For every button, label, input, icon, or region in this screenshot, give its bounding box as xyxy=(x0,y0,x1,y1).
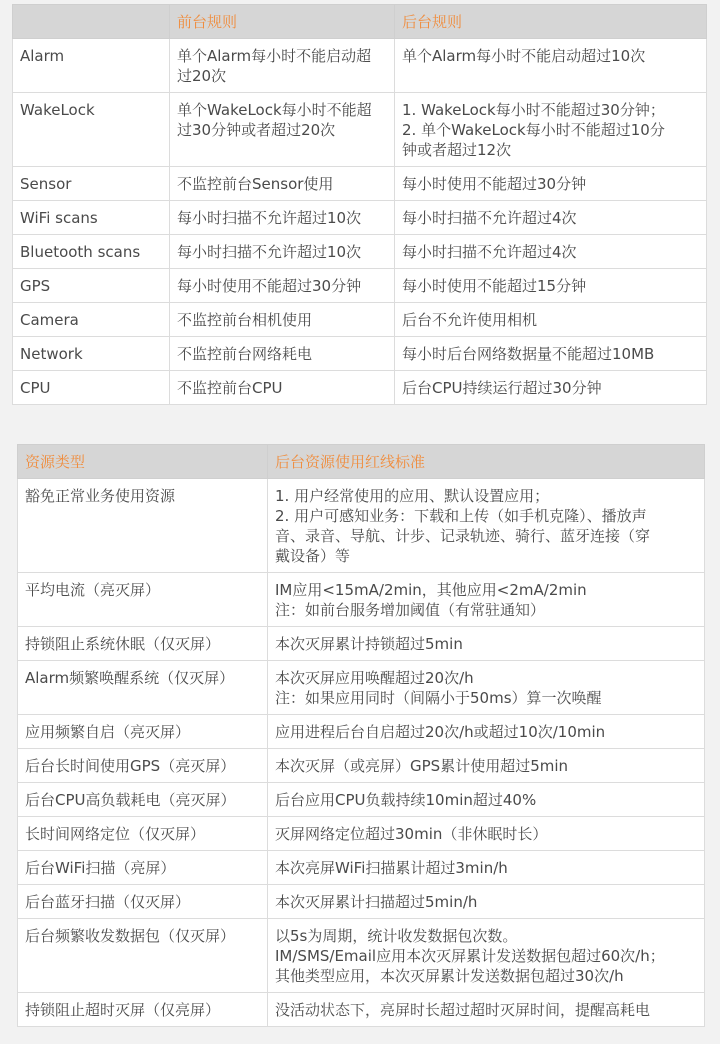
resource-type-cell: 后台长时间使用GPS（亮灭屏） xyxy=(18,749,268,783)
table-row: 豁免正常业务使用资源 1. 用户经常使用的应用、默认设置应用； 2. 用户可感知… xyxy=(18,479,705,573)
table-row: Camera 不监控前台相机使用 后台不允许使用相机 xyxy=(13,303,707,337)
resource-cell: Camera xyxy=(13,303,170,337)
table-row: Sensor 不监控前台Sensor使用 每小时使用不能超过30分钟 xyxy=(13,167,707,201)
background-rule-cell: 每小时后台网络数据量不能超过10MB xyxy=(395,337,707,371)
table-row: 应用频繁自启（亮灭屏） 应用进程后台自启超过20次/h或超过10次/10min xyxy=(18,715,705,749)
table-row: Alarm 单个Alarm每小时不能启动超 过20次 单个Alarm每小时不能启… xyxy=(13,39,707,93)
standard-cell: 1. 用户经常使用的应用、默认设置应用； 2. 用户可感知业务：下载和上传（如手… xyxy=(268,479,705,573)
table-row: 平均电流（亮灭屏） IM应用<15mA/2min，其他应用<2mA/2min 注… xyxy=(18,573,705,627)
table-row: WakeLock 单个WakeLock每小时不能超 过30分钟或者超过20次 1… xyxy=(13,93,707,167)
standard-cell: 本次灭屏（或亮屏）GPS累计使用超过5min xyxy=(268,749,705,783)
background-rule-cell: 单个Alarm每小时不能启动超过10次 xyxy=(395,39,707,93)
background-rule-cell: 每小时扫描不允许超过4次 xyxy=(395,235,707,269)
table-row: Bluetooth scans 每小时扫描不允许超过10次 每小时扫描不允许超过… xyxy=(13,235,707,269)
table-row: CPU 不监控前台CPU 后台CPU持续运行超过30分钟 xyxy=(13,371,707,405)
resource-type-cell: 豁免正常业务使用资源 xyxy=(18,479,268,573)
standard-cell: 灭屏网络定位超过30min（非休眠时长） xyxy=(268,817,705,851)
table-row: GPS 每小时使用不能超过30分钟 每小时使用不能超过15分钟 xyxy=(13,269,707,303)
table-row: 后台蓝牙扫描（仅灭屏） 本次灭屏累计扫描超过5min/h xyxy=(18,885,705,919)
table-row: 后台长时间使用GPS（亮灭屏） 本次灭屏（或亮屏）GPS累计使用超过5min xyxy=(18,749,705,783)
foreground-rule-cell: 每小时使用不能超过30分钟 xyxy=(170,269,395,303)
resource-type-cell: 平均电流（亮灭屏） xyxy=(18,573,268,627)
background-rule-cell: 每小时使用不能超过15分钟 xyxy=(395,269,707,303)
table-header-row: 资源类型 后台资源使用红线标准 xyxy=(18,445,705,479)
standard-cell: 后台应用CPU负载持续10min超过40% xyxy=(268,783,705,817)
foreground-rule-cell: 每小时扫描不允许超过10次 xyxy=(170,235,395,269)
background-rule-cell: 每小时使用不能超过30分钟 xyxy=(395,167,707,201)
resource-type-cell: 后台CPU高负载耗电（亮灭屏） xyxy=(18,783,268,817)
resource-cell: WiFi scans xyxy=(13,201,170,235)
resource-cell: Alarm xyxy=(13,39,170,93)
header-resource-type: 资源类型 xyxy=(18,445,268,479)
standard-cell: 没活动状态下，亮屏时长超过超时灭屏时间，提醒高耗电 xyxy=(268,993,705,1027)
background-rule-cell: 后台不允许使用相机 xyxy=(395,303,707,337)
foreground-rule-cell: 每小时扫描不允许超过10次 xyxy=(170,201,395,235)
foreground-rule-cell: 单个Alarm每小时不能启动超 过20次 xyxy=(170,39,395,93)
resource-type-cell: 后台WiFi扫描（亮屏） xyxy=(18,851,268,885)
resource-type-cell: 持锁阻止超时灭屏（仅亮屏） xyxy=(18,993,268,1027)
foreground-rule-cell: 不监控前台CPU xyxy=(170,371,395,405)
resource-type-cell: 应用频繁自启（亮灭屏） xyxy=(18,715,268,749)
resource-type-cell: 长时间网络定位（仅灭屏） xyxy=(18,817,268,851)
header-foreground-rules: 前台规则 xyxy=(170,5,395,39)
header-redline-standard: 后台资源使用红线标准 xyxy=(268,445,705,479)
resource-cell: Network xyxy=(13,337,170,371)
resource-cell: Sensor xyxy=(13,167,170,201)
table-row: 持锁阻止系统休眠（仅灭屏） 本次灭屏累计持锁超过5min xyxy=(18,627,705,661)
table-row: 后台频繁收发数据包（仅灭屏） 以5s为周期，统计收发数据包次数。 IM/SMS/… xyxy=(18,919,705,993)
background-rule-cell: 1. WakeLock每小时不能超过30分钟； 2. 单个WakeLock每小时… xyxy=(395,93,707,167)
table-row: 长时间网络定位（仅灭屏） 灭屏网络定位超过30min（非休眠时长） xyxy=(18,817,705,851)
resource-cell: Bluetooth scans xyxy=(13,235,170,269)
foreground-rule-cell: 不监控前台相机使用 xyxy=(170,303,395,337)
standard-cell: 本次灭屏应用唤醒超过20次/h 注：如果应用同时（间隔小于50ms）算一次唤醒 xyxy=(268,661,705,715)
table-header-row: 前台规则 后台规则 xyxy=(13,5,707,39)
table-row: Network 不监控前台网络耗电 每小时后台网络数据量不能超过10MB xyxy=(13,337,707,371)
standard-cell: 本次灭屏累计扫描超过5min/h xyxy=(268,885,705,919)
foreground-background-rules-table: 前台规则 后台规则 Alarm 单个Alarm每小时不能启动超 过20次 单个A… xyxy=(12,4,707,405)
foreground-rule-cell: 单个WakeLock每小时不能超 过30分钟或者超过20次 xyxy=(170,93,395,167)
resource-cell: WakeLock xyxy=(13,93,170,167)
resource-type-cell: 后台蓝牙扫描（仅灭屏） xyxy=(18,885,268,919)
table-row: 持锁阻止超时灭屏（仅亮屏） 没活动状态下，亮屏时长超过超时灭屏时间，提醒高耗电 xyxy=(18,993,705,1027)
standard-cell: 本次灭屏累计持锁超过5min xyxy=(268,627,705,661)
resource-type-cell: 后台频繁收发数据包（仅灭屏） xyxy=(18,919,268,993)
foreground-rule-cell: 不监控前台网络耗电 xyxy=(170,337,395,371)
background-rule-cell: 后台CPU持续运行超过30分钟 xyxy=(395,371,707,405)
resource-cell: CPU xyxy=(13,371,170,405)
standard-cell: IM应用<15mA/2min，其他应用<2mA/2min 注：如前台服务增加阈值… xyxy=(268,573,705,627)
table-row: WiFi scans 每小时扫描不允许超过10次 每小时扫描不允许超过4次 xyxy=(13,201,707,235)
resource-type-cell: Alarm频繁唤醒系统（仅灭屏） xyxy=(18,661,268,715)
foreground-rule-cell: 不监控前台Sensor使用 xyxy=(170,167,395,201)
header-background-rules: 后台规则 xyxy=(395,5,707,39)
table-row: 后台WiFi扫描（亮屏） 本次亮屏WiFi扫描累计超过3min/h xyxy=(18,851,705,885)
standard-cell: 应用进程后台自启超过20次/h或超过10次/10min xyxy=(268,715,705,749)
table-row: 后台CPU高负载耗电（亮灭屏） 后台应用CPU负载持续10min超过40% xyxy=(18,783,705,817)
standard-cell: 以5s为周期，统计收发数据包次数。 IM/SMS/Email应用本次灭屏累计发送… xyxy=(268,919,705,993)
background-resource-redline-table: 资源类型 后台资源使用红线标准 豁免正常业务使用资源 1. 用户经常使用的应用、… xyxy=(17,444,705,1027)
resource-type-cell: 持锁阻止系统休眠（仅灭屏） xyxy=(18,627,268,661)
background-rule-cell: 每小时扫描不允许超过4次 xyxy=(395,201,707,235)
table-row: Alarm频繁唤醒系统（仅灭屏） 本次灭屏应用唤醒超过20次/h 注：如果应用同… xyxy=(18,661,705,715)
standard-cell: 本次亮屏WiFi扫描累计超过3min/h xyxy=(268,851,705,885)
resource-cell: GPS xyxy=(13,269,170,303)
header-resource xyxy=(13,5,170,39)
